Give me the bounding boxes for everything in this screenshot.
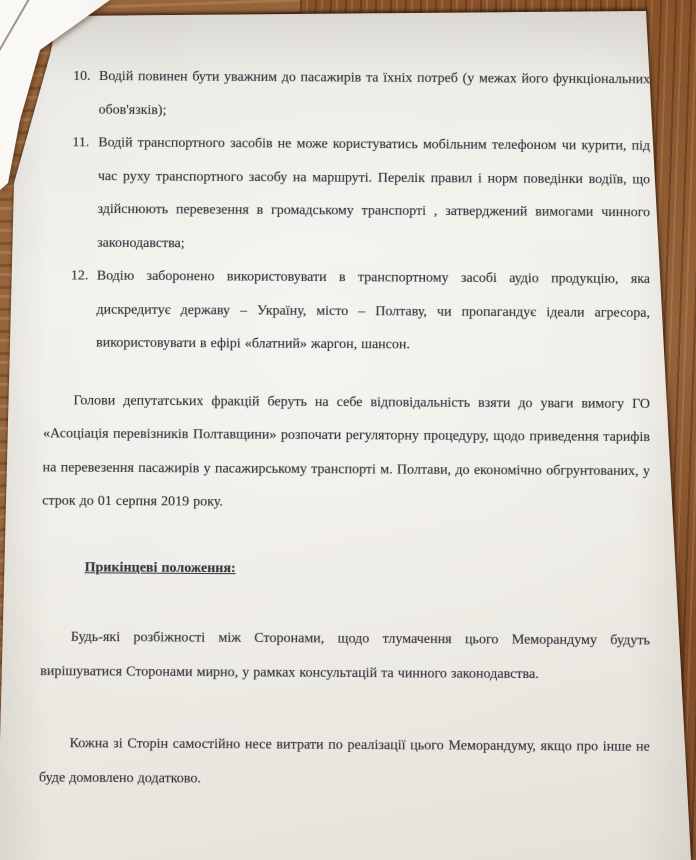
flipped-page-edge-line (0, 0, 32, 56)
paragraph-expenses: Кожна зі Сторін самостійно несе витрати … (39, 727, 650, 799)
item-text: Водій транспортного засобів не може кори… (97, 135, 650, 250)
item-text: Водій повинен бути уважним до пасажирів … (99, 69, 651, 117)
list-item-11: 11. Водій транспортного засобів не може … (45, 126, 650, 263)
document-photo: { "page": { "items": [ { "num": "10.", "… (0, 0, 696, 860)
paragraph-disputes: Будь-які розбіжності між Сторонами, щодо… (40, 620, 650, 692)
item-text: Водію заборонено використовувати в транс… (96, 269, 650, 353)
list-item-12: 12. Водію заборонено використовувати в т… (44, 259, 650, 363)
item-number: 11. (72, 126, 89, 159)
item-number: 10. (73, 60, 91, 93)
paragraph-fractions: Голови депутатських фракцій беруть на се… (42, 384, 650, 522)
item-number: 12. (71, 259, 89, 293)
section-heading-final-provisions: Прикінцеві положення: (54, 550, 650, 587)
list-item-10: 10. Водій повинен бути уважним до пасажи… (47, 60, 650, 130)
document-text: 10. Водій повинен бути уважним до пасажи… (39, 60, 650, 799)
